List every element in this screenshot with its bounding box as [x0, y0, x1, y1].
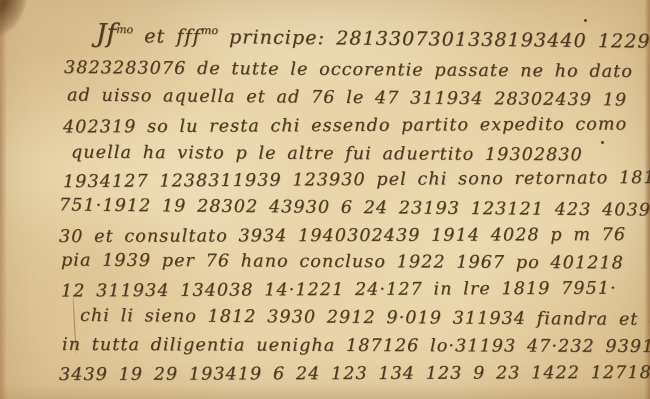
salutation-initial: Jf	[96, 19, 116, 49]
manuscript-line: in tutta diligentia uenigha 187126 lo·31…	[62, 335, 650, 357]
ink-dot	[584, 19, 587, 22]
manuscript-line: 3823283076 de tutte le occorentie passat…	[64, 58, 633, 82]
salutation-middle: et fff	[133, 25, 201, 48]
salutation-superscript: mo	[116, 23, 133, 36]
salutation-superscript: mo	[201, 24, 218, 37]
manuscript-line: ad uisso aquella et ad 76 le 47 311934 2…	[67, 86, 627, 111]
ink-dot	[601, 141, 604, 144]
manuscript-page: Jfmo et fffmo principe: 2813307301338193…	[0, 0, 650, 399]
manuscript-line: 3439 19 29 193419 6 24 123 134 123 9 23 …	[59, 363, 650, 385]
manuscript-line: pia 1939 per 76 hano concluso 1922 1967 …	[61, 251, 624, 274]
manuscript-line: 402319 so lu resta chi essendo partito e…	[63, 115, 627, 138]
corner-ink-blotch	[0, 0, 29, 41]
manuscript-line: 1934127 1238311939 123930 pel chi sono r…	[63, 168, 650, 192]
manuscript-line: quella ha visto p le altre fui aduertito…	[71, 143, 583, 166]
manuscript-line: 30 et consultato 3934 1940302439 1914 40…	[59, 225, 626, 247]
manuscript-line-salutation: Jfmo et fffmo principe: 2813307301338193…	[96, 19, 650, 55]
manuscript-line: 12 311934 134038 14·1221 24·127 in lre 1…	[61, 279, 617, 302]
salutation-rest: principe: 2813307301338193440 12293923	[218, 26, 650, 53]
manuscript-line: chi li sieno 1812 3930 2912 9·019 311934…	[80, 306, 650, 330]
manuscript-line: 751·1912 19 28302 43930 6 24 23193 12312…	[59, 195, 650, 220]
